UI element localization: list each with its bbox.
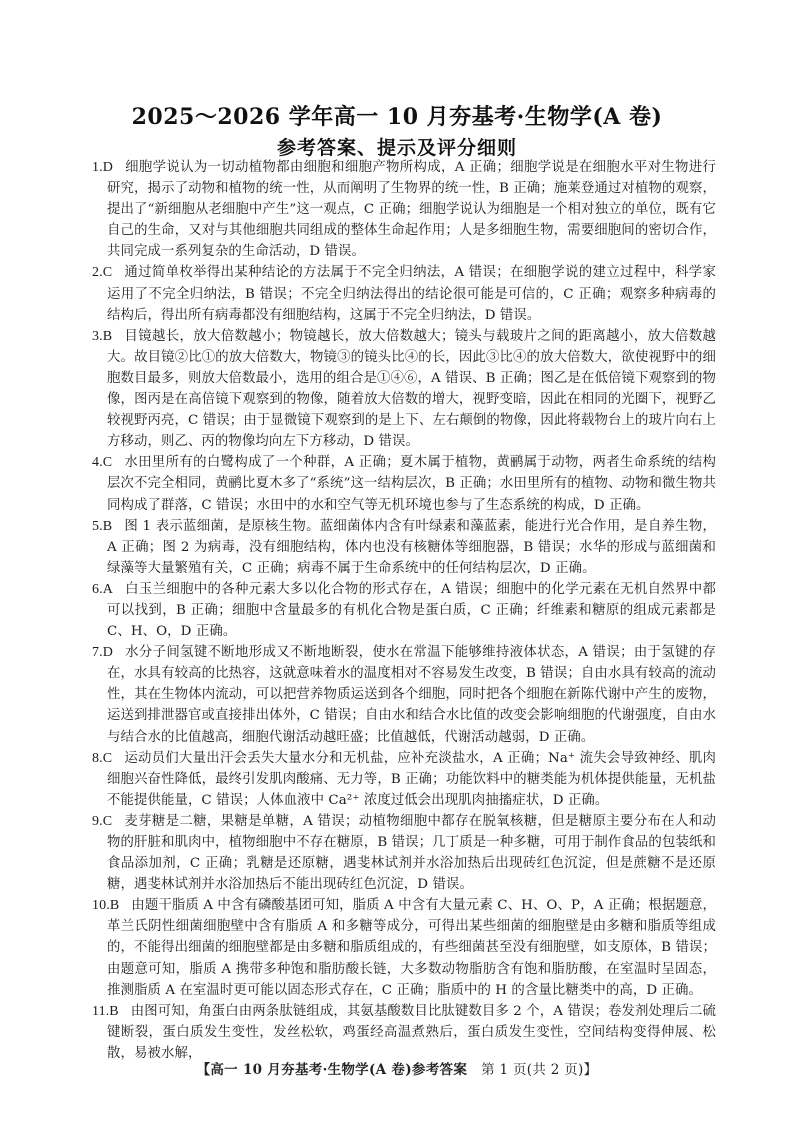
item-number: 5. [92, 519, 103, 534]
item-explanation: 水田里所有的白鹭构成了一个种群，A 正确；夏木属于植物，黄鹂属于动物，两者生命系… [107, 455, 716, 512]
item-explanation: 通过简单枚举得出某种结论的方法属于不完全归纳法，A 错误；在细胞学说的建立过程中… [107, 265, 716, 322]
answer-item-8: 8.C运动员们大量出汗会丢失大量水分和无机盐，应补充淡盐水，A 正确；Na⁺ 流… [92, 748, 716, 811]
item-explanation: 细胞学说认为一切动植物都由细胞和细胞产物所构成，A 正确；细胞学说是在细胞水平对… [107, 160, 716, 259]
item-explanation: 麦芽糖是二糖，果糖是单糖，A 错误；动植物细胞中都存在脱氧核糖，但是糖原主要分布… [107, 814, 716, 892]
item-number: 4. [92, 455, 103, 470]
page-number: 第 1 页(共 2 页)】 [481, 1062, 597, 1078]
answer-list: 1.D细胞学说认为一切动植物都由细胞和细胞产物所构成，A 正确；细胞学说是在细胞… [92, 157, 716, 1064]
item-answer: B [109, 1004, 118, 1019]
answer-item-2: 2.C通过简单枚举得出某种结论的方法属于不完全归纳法，A 错误；在细胞学说的建立… [92, 262, 716, 325]
item-answer: B [110, 898, 119, 913]
page-footer: 【高一 10 月夯基考·生物学(A 卷)参考答案第 1 页(共 2 页)】 [0, 1058, 794, 1078]
item-number: 9. [92, 814, 103, 829]
item-number: 2. [92, 265, 103, 280]
item-number: 10. [92, 898, 110, 913]
item-answer: C [103, 265, 112, 280]
document-page: 2025～2026 学年高一 10 月夯基考·生物学(A 卷) 参考答案、提示及… [0, 0, 794, 1122]
item-explanation: 由题干脂质 A 中含有磷酸基团可知，脂质 A 中含有大量元素 C、H、O、P，A… [107, 898, 716, 997]
answer-item-1: 1.D细胞学说认为一切动植物都由细胞和细胞产物所构成，A 正确；细胞学说是在细胞… [92, 157, 716, 262]
item-explanation: 水分子间氢键不断地形成又不断地断裂，使水在常温下能够维持液体状态，A 错误；由于… [107, 645, 716, 744]
document-subtitle: 参考答案、提示及评分细则 [0, 133, 794, 160]
item-number: 7. [92, 645, 103, 660]
item-explanation: 白玉兰细胞中的各种元素大多以化合物的形式存在，A 错误；细胞中的化学元素在无机自… [107, 582, 716, 639]
item-answer: D [103, 160, 113, 175]
item-number: 6. [92, 582, 103, 597]
answer-item-3: 3.B目镜越长，放大倍数越小；物镜越长，放大倍数越大；镜头与载玻片之间的距离越小… [92, 326, 716, 453]
answer-item-10: 10.B由题干脂质 A 中含有磷酸基团可知，脂质 A 中含有大量元素 C、H、O… [92, 895, 716, 1000]
answer-item-9: 9.C麦芽糖是二糖，果糖是单糖，A 错误；动植物细胞中都存在脱氧核糖，但是糖原主… [92, 811, 716, 895]
item-explanation: 由图可知，角蛋白由两条肽链组成，其氨基酸数目比肽键数目多 2 个，A 错误；卷发… [107, 1004, 716, 1061]
item-answer: C [103, 751, 112, 766]
item-explanation: 目镜越长，放大倍数越小；物镜越长，放大倍数越大；镜头与载玻片之间的距离越小，放大… [107, 329, 716, 449]
answer-item-4: 4.C水田里所有的白鹭构成了一个种群，A 正确；夏木属于植物，黄鹂属于动物，两者… [92, 452, 716, 515]
item-answer: A [103, 582, 113, 597]
item-answer: B [103, 519, 112, 534]
item-explanation: 图 1 表示蓝细菌，是原核生物。蓝细菌体内含有叶绿素和藻蓝素，能进行光合作用，是… [107, 519, 716, 576]
answer-item-6: 6.A白玉兰细胞中的各种元素大多以化合物的形式存在，A 错误；细胞中的化学元素在… [92, 579, 716, 642]
item-number: 1. [92, 160, 103, 175]
item-answer: C [103, 814, 112, 829]
item-number: 8. [92, 751, 103, 766]
answer-item-7: 7.D水分子间氢键不断地形成又不断地断裂，使水在常温下能够维持液体状态，A 错误… [92, 642, 716, 747]
item-answer: C [103, 455, 112, 470]
footer-label: 【高一 10 月夯基考·生物学(A 卷)参考答案 [197, 1062, 468, 1078]
document-title: 2025～2026 学年高一 10 月夯基考·生物学(A 卷) [0, 100, 794, 131]
item-number: 3. [92, 329, 103, 344]
answer-item-11: 11.B由图可知，角蛋白由两条肽链组成，其氨基酸数目比肽键数目多 2 个，A 错… [92, 1001, 716, 1064]
answer-item-5: 5.B图 1 表示蓝细菌，是原核生物。蓝细菌体内含有叶绿素和藻蓝素，能进行光合作… [92, 516, 716, 579]
item-number: 11. [92, 1004, 109, 1019]
item-answer: B [103, 329, 112, 344]
item-answer: D [103, 645, 113, 660]
item-explanation: 运动员们大量出汗会丢失大量水分和无机盐，应补充淡盐水，A 正确；Na⁺ 流失会导… [107, 751, 716, 808]
